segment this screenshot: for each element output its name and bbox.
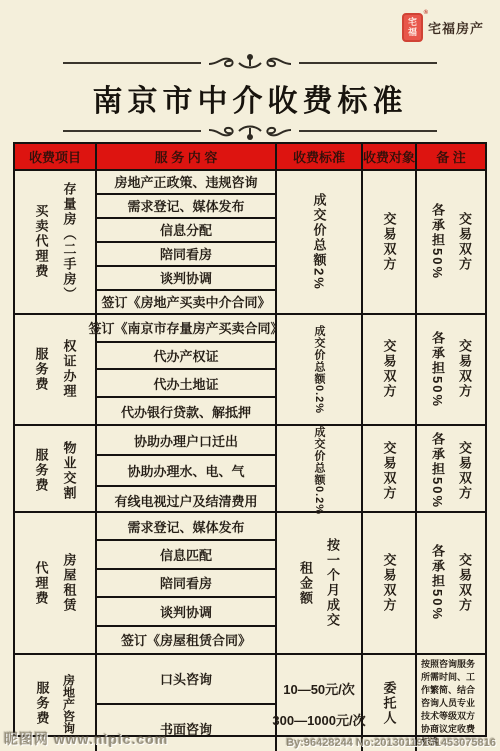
- header-service-content: 服 务 内 容: [97, 144, 277, 169]
- services-cell: 需求登记、媒体发布 信息匹配 陪同看房 谈判协调 签订《房屋租赁合同》: [97, 513, 277, 653]
- note-cell: 各承担50% 交易双方: [417, 315, 485, 424]
- flourish-icon: [207, 51, 293, 75]
- seal-stamp-icon: 宅 福 ®: [402, 13, 423, 42]
- project-cell: 代理费 房屋租赁: [15, 513, 97, 653]
- ornament-rule-left: [63, 130, 201, 132]
- payer-value: 交易双方: [380, 441, 399, 501]
- service-row: 签订《房屋租赁合同》: [97, 627, 275, 653]
- fee-lines: 10—50元/次 300—1000元/次: [272, 679, 365, 729]
- note-share: 各承担50%: [428, 331, 447, 408]
- service-row: 需求登记、媒体发布: [97, 195, 275, 219]
- project-main: 服务费: [32, 448, 51, 493]
- service-row: 协助办理水、电、气: [97, 456, 275, 486]
- project-main: 买卖代理费: [32, 204, 51, 279]
- service-row: 书面咨询: [97, 705, 275, 751]
- service-row: 陪同看房: [97, 570, 275, 598]
- service-row: 信息分配: [97, 219, 275, 243]
- fee-line-oral: 10—50元/次: [283, 679, 355, 698]
- note-share: 各承担50%: [428, 203, 447, 280]
- service-row: 口头咨询: [97, 655, 275, 705]
- project-sub: 房屋租赁: [60, 553, 79, 613]
- header-fee-payer: 收费对象: [363, 144, 417, 169]
- note-payer: 交易双方: [455, 212, 474, 272]
- service-row: 陪同看房: [97, 243, 275, 267]
- note-share: 各承担50%: [428, 432, 447, 509]
- services-cell: 口头咨询 书面咨询: [97, 655, 277, 751]
- payer-cell: 交易双方: [363, 426, 417, 515]
- project-cell: 服务费 房地产咨询: [15, 655, 97, 751]
- table-section-consulting: 服务费 房地产咨询 口头咨询 书面咨询 10—50元/次 300—1000元/次…: [15, 655, 485, 735]
- service-row: 签订《房地产买卖中介合同》: [97, 291, 275, 313]
- note-payer: 交易双方: [455, 339, 474, 399]
- note-payer: 交易双方: [455, 441, 474, 501]
- brand-logo: 宅 福 ® 宅福房产: [402, 13, 484, 42]
- fee-cell: 成交价总额0.2%: [277, 315, 363, 424]
- fee-left: 租金额: [296, 561, 315, 606]
- table-section-rental: 代理费 房屋租赁 需求登记、媒体发布 信息匹配 陪同看房 谈判协调 签订《房屋租…: [15, 513, 485, 655]
- project-cell: 服务费 物业交割: [15, 426, 97, 515]
- seal-char-bottom: 福: [408, 28, 417, 38]
- payer-value: 交易双方: [380, 553, 399, 613]
- services-cell: 签订《南京市存量房产买卖合同》 代办产权证 代办土地证 代办银行贷款、解抵押: [97, 315, 277, 424]
- payer-cell: 交易双方: [363, 315, 417, 424]
- brand-name: 宅福房产: [428, 18, 484, 37]
- registered-trademark-mark: ®: [424, 10, 428, 17]
- service-row: 谈判协调: [97, 598, 275, 626]
- fee-value: 成交价总额0.2%: [311, 325, 327, 414]
- header-remarks: 备 注: [417, 144, 485, 169]
- payer-cell: 交易双方: [363, 171, 417, 313]
- ornament-rule-left: [63, 62, 201, 64]
- project-main: 服务费: [33, 681, 52, 726]
- page-title: 南京市中介收费标准: [0, 76, 500, 120]
- flourish-ornament-bottom: [0, 120, 500, 142]
- service-row: 代办银行贷款、解抵押: [97, 398, 275, 424]
- note-cell: 各承担50% 交易双方: [417, 513, 485, 653]
- poster-page: { "logo": { "seal_char_top": "宅", "seal_…: [0, 0, 500, 751]
- payer-cell: 委托人: [363, 655, 417, 751]
- service-row: 签订《南京市存量房产买卖合同》: [97, 315, 275, 343]
- title-block: 南京市中介收费标准: [0, 52, 500, 142]
- table-section-sale-agency: 买卖代理费 存量房（二手房） 房地产正政策、违规咨询 需求登记、媒体发布 信息分…: [15, 171, 485, 315]
- project-main: 代理费: [32, 561, 51, 606]
- service-row: 信息匹配: [97, 541, 275, 569]
- service-row: 代办土地证: [97, 370, 275, 398]
- fee-right: 按一个月成交: [323, 538, 342, 628]
- project-sub: 存量房（二手房）: [60, 182, 79, 302]
- note-payer: 交易双方: [455, 553, 474, 613]
- service-row: 房地产正政策、违规咨询: [97, 171, 275, 195]
- header-fee-standard: 收费标准: [277, 144, 363, 169]
- fee-cell: 10—50元/次 300—1000元/次: [277, 655, 363, 751]
- services-cell: 协助办理户口迁出 协助办理水、电、气 有线电视过户及结清费用: [97, 426, 277, 515]
- flourish-icon: [207, 119, 293, 143]
- header-fee-item: 收费项目: [15, 144, 97, 169]
- project-cell: 服务费 权证办理: [15, 315, 97, 424]
- fee-cell: 租金额 按一个月成交: [277, 513, 363, 653]
- fee-value: 成交价总额0.2%: [311, 426, 327, 515]
- payer-value: 交易双方: [380, 339, 399, 399]
- project-main: 服务费: [32, 347, 51, 392]
- service-row: 代办产权证: [97, 343, 275, 371]
- payer-value: 委托人: [380, 681, 399, 726]
- flourish-ornament-top: [0, 52, 500, 74]
- fee-line-written: 300—1000元/次: [272, 710, 365, 729]
- services-cell: 房地产正政策、违规咨询 需求登记、媒体发布 信息分配 陪同看房 谈判协调 签订《…: [97, 171, 277, 313]
- note-cell: 各承担50% 交易双方: [417, 426, 485, 515]
- project-cell: 买卖代理费 存量房（二手房）: [15, 171, 97, 313]
- fee-cell: 成交价总额2%: [277, 171, 363, 313]
- payer-value: 交易双方: [380, 212, 399, 272]
- note-cell: 按照咨询服务所需时间、工作繁简、结合咨询人员专业技术等级双方协商议定收费标准: [417, 655, 485, 751]
- table-section-certificate: 服务费 权证办理 签订《南京市存量房产买卖合同》 代办产权证 代办土地证 代办银…: [15, 315, 485, 426]
- note-cell: 各承担50% 交易双方: [417, 171, 485, 313]
- service-row: 需求登记、媒体发布: [97, 513, 275, 541]
- payer-cell: 交易双方: [363, 513, 417, 653]
- service-row: 有线电视过户及结清费用: [97, 487, 275, 515]
- project-sub: 物业交割: [60, 441, 79, 501]
- project-sub: 权证办理: [60, 339, 79, 399]
- service-row: 协助办理户口迁出: [97, 426, 275, 456]
- note-share: 各承担50%: [428, 544, 447, 621]
- note-paragraph: 按照咨询服务所需时间、工作繁简、结合咨询人员专业技术等级双方协商议定收费标准: [417, 655, 485, 751]
- service-row: 谈判协调: [97, 267, 275, 291]
- ornament-rule-right: [299, 62, 437, 64]
- table-section-property-handover: 服务费 物业交割 协助办理户口迁出 协助办理水、电、气 有线电视过户及结清费用 …: [15, 426, 485, 513]
- table-header-row: 收费项目 服 务 内 容 收费标准 收费对象 备 注: [15, 144, 485, 171]
- fee-value: 成交价总额2%: [310, 193, 329, 291]
- project-sub: 房地产咨询: [61, 674, 78, 734]
- ornament-rule-right: [299, 130, 437, 132]
- fee-table: 收费项目 服 务 内 容 收费标准 收费对象 备 注 买卖代理费 存量房（二手房…: [13, 142, 487, 737]
- fee-cell: 成交价总额0.2%: [277, 426, 363, 515]
